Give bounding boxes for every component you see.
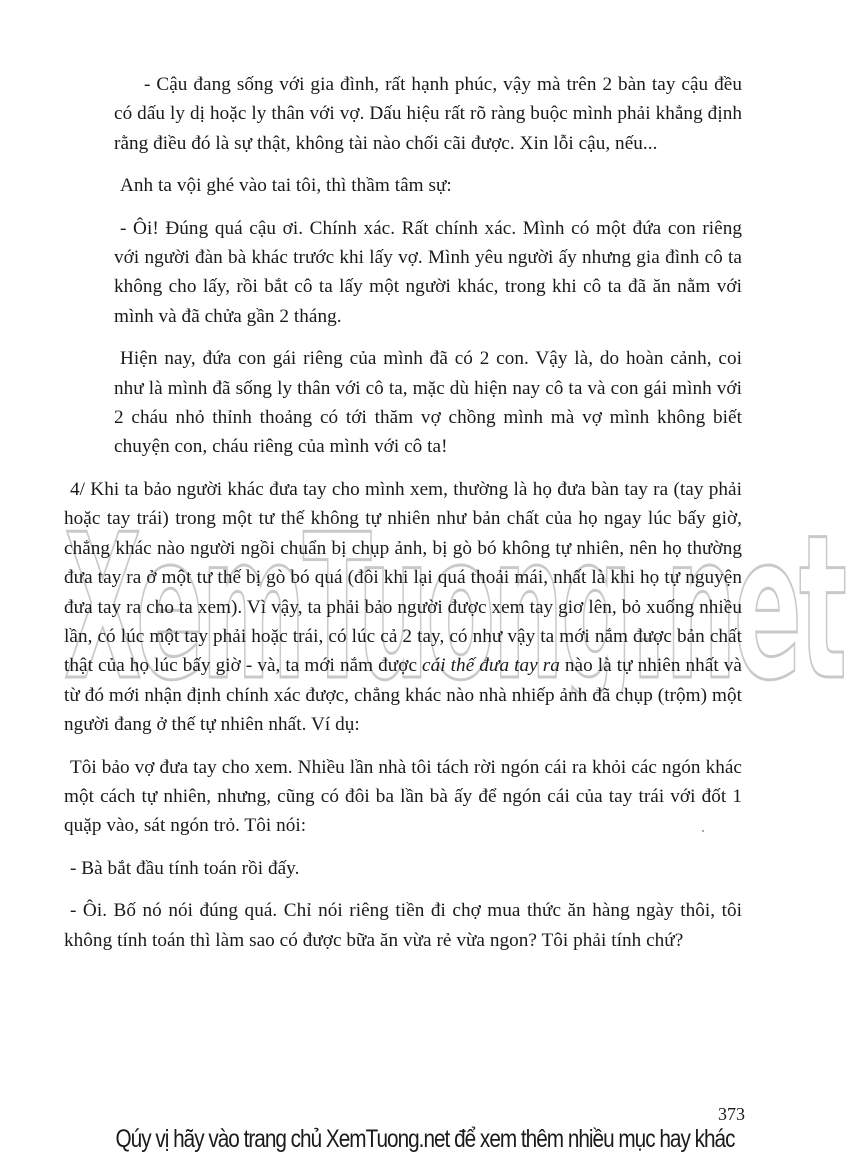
footer-promo-banner: Qúy vị hãy vào trang chủ XemTuong.net để… — [72, 1125, 778, 1154]
section-4-italic-phrase: cái thế đưa tay ra — [422, 655, 560, 676]
paragraph-dialogue-2: - Ôi! Đúng quá cậu ơi. Chính xác. Rất ch… — [114, 214, 742, 332]
paragraph-dialogue-3: - Bà bắt đầu tính toán rồi đấy. — [64, 854, 742, 883]
paragraph-dialogue-4: - Ôi. Bố nó nói đúng quá. Chỉ nói riêng … — [64, 896, 742, 955]
scan-speck — [702, 830, 704, 832]
section-4-text-a: 4/ Khi ta bảo người khác đưa tay cho mìn… — [64, 479, 742, 676]
paragraph-section-4: 4/ Khi ta bảo người khác đưa tay cho mìn… — [64, 475, 742, 740]
paragraph-narration-1: Anh ta vội ghé vào tai tôi, thì thầm tâm… — [114, 171, 742, 200]
paragraph-narration-2: Hiện nay, đứa con gái riêng của mình đã … — [114, 344, 742, 462]
paragraph-example: Tôi bảo vợ đưa tay cho xem. Nhiều lần nh… — [64, 753, 742, 841]
document-page: - Cậu đang sống với gia đình, rất hạnh p… — [114, 70, 742, 968]
paragraph-dialogue-1: - Cậu đang sống với gia đình, rất hạnh p… — [114, 70, 742, 158]
page-number: 373 — [718, 1104, 745, 1125]
